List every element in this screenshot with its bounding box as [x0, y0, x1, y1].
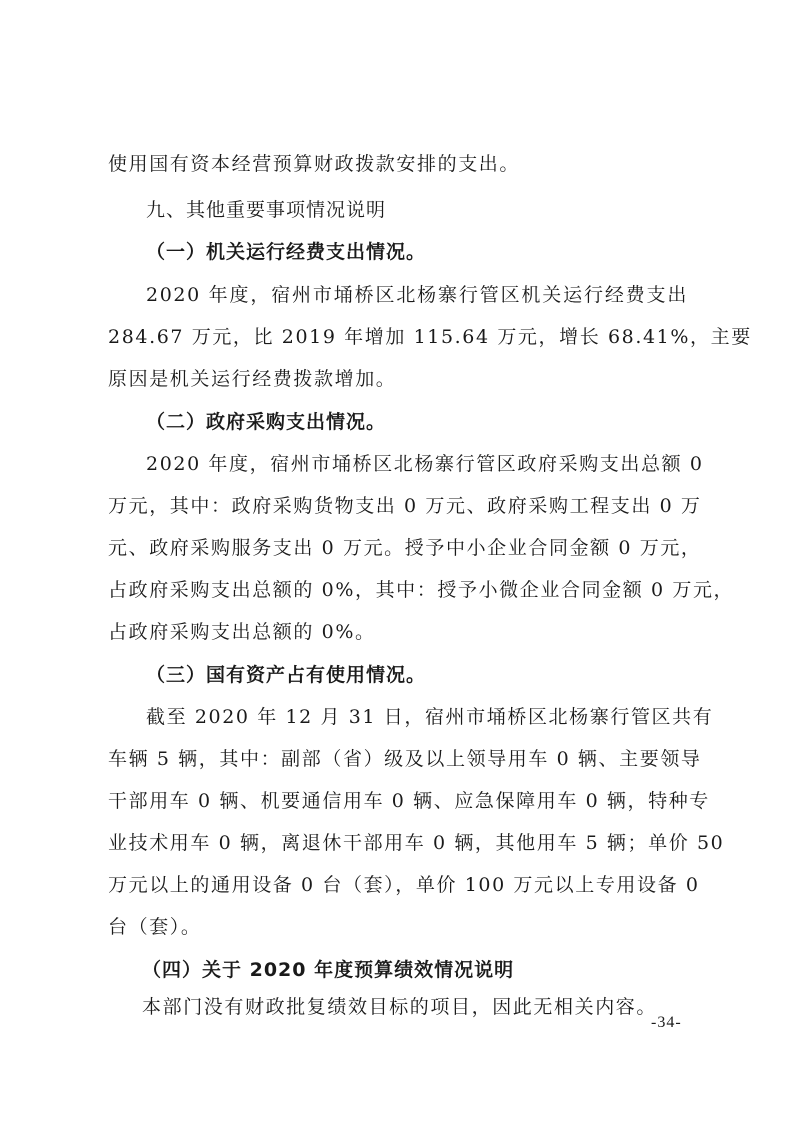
paragraph-line: 干部用车 0 辆、机要通信用车 0 辆、应急保障用车 0 辆，特种专: [108, 789, 688, 813]
paragraph-line: 车辆 5 辆，其中：副部（省）级及以上领导用车 0 辆、主要领导: [108, 747, 688, 771]
paragraph-line: 原因是机关运行经费拨款增加。: [108, 367, 688, 391]
subsection-heading: （一）机关运行经费支出情况。: [146, 240, 688, 264]
paragraph-line: 截至 2020 年 12 月 31 日，宿州市埇桥区北杨寨行管区共有: [146, 705, 688, 729]
subsection-heading: （四）关于 2020 年度预算绩效情况说明: [142, 958, 722, 982]
paragraph-line: 本部门没有财政批复绩效目标的项目，因此无相关内容。: [142, 995, 722, 1019]
subsection-heading: （三）国有资产占有使用情况。: [146, 663, 688, 687]
paragraph-line: 万元，其中：政府采购货物支出 0 万元、政府采购工程支出 0 万: [108, 494, 688, 518]
paragraph-line: 占政府采购支出总额的 0%。: [108, 620, 688, 644]
page-number: -34-: [651, 1014, 682, 1032]
paragraph-line: 业技术用车 0 辆，离退休干部用车 0 辆，其他用车 5 辆；单价 50: [108, 831, 688, 855]
paragraph-line: 使用国有资本经营预算财政拨款安排的支出。: [108, 152, 688, 176]
paragraph-line: 284.67 万元，比 2019 年增加 115.64 万元，增长 68.41%…: [108, 325, 688, 349]
paragraph-line: 2020 年度，宿州市埇桥区北杨寨行管区政府采购支出总额 0: [146, 452, 688, 476]
paragraph-line: 2020 年度，宿州市埇桥区北杨寨行管区机关运行经费支出: [146, 283, 688, 307]
paragraph-line: 占政府采购支出总额的 0%，其中：授予小微企业合同金额 0 万元，: [108, 578, 688, 602]
paragraph-line: 台（套）。: [108, 915, 688, 939]
section-heading: 九、其他重要事项情况说明: [146, 198, 688, 222]
paragraph-line: 元、政府采购服务支出 0 万元。授予中小企业合同金额 0 万元，: [108, 536, 688, 560]
paragraph-line: 万元以上的通用设备 0 台（套），单价 100 万元以上专用设备 0: [108, 873, 688, 897]
subsection-heading: （二）政府采购支出情况。: [146, 410, 688, 434]
